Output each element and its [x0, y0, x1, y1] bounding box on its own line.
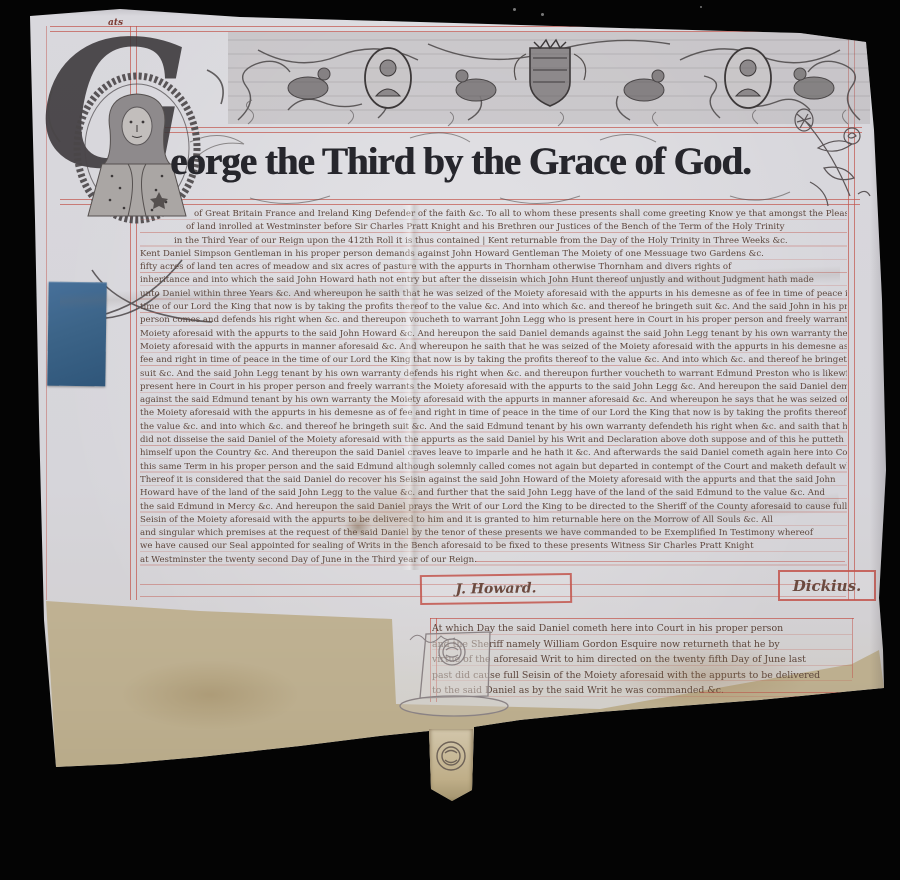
signature-box-dickius: Dickius. — [778, 570, 876, 601]
body-text: of Great Britain France and Ireland King… — [140, 208, 847, 568]
signature-dickius: Dickius. — [793, 577, 862, 595]
dust-speck — [541, 13, 544, 16]
text-line: this same Term in his proper person and … — [140, 461, 847, 474]
dust-speck — [513, 8, 516, 11]
signature-box-howard: J. Howard. — [420, 573, 572, 605]
rose-sprig-doodle — [788, 104, 874, 216]
text-line: unto Daniel within three Years &c. And w… — [140, 288, 847, 301]
text-line: Seisin of the Moiety aforesaid with the … — [140, 514, 847, 527]
text-line: person comes and defends his right when … — [140, 314, 847, 327]
text-line: the said Edmund in Mercy &c. And hereupo… — [140, 501, 847, 514]
text-line: time of our Lord the King that now is by… — [140, 301, 847, 314]
text-line: of Great Britain France and Ireland King… — [140, 208, 847, 221]
text-line: we have caused our Seal appointed for se… — [140, 540, 847, 553]
text-line: did not disseise the said Daniel of the … — [140, 434, 847, 447]
engraved-headpiece — [228, 30, 870, 128]
text-line: Moiety aforesaid with the appurts to the… — [140, 328, 847, 341]
text-line: himself upon the Country &c. And thereup… — [140, 447, 847, 460]
signature-howard: J. Howard. — [455, 580, 536, 597]
seal-pedestal-doodle — [392, 626, 524, 722]
text-line: fee and right in time of peace in the ti… — [140, 354, 847, 367]
text-line: the value &c. and into which &c. and the… — [140, 421, 847, 434]
margin-note: ats — [108, 18, 123, 28]
text-line: fifty acres of land ten acres of meadow … — [140, 261, 847, 274]
cartouche-bust-left — [365, 48, 411, 108]
cartouche-bust-right — [725, 48, 771, 108]
text-line: Kent Daniel Simpson Gentleman in his pro… — [140, 248, 847, 261]
text-line: Thereof it is considered that the said D… — [140, 474, 847, 487]
ruling-line — [430, 618, 854, 619]
end-flourish-rule — [700, 692, 850, 693]
text-line: of land inrolled at Westminster before S… — [140, 221, 847, 234]
text-line: present here in Court in his proper pers… — [140, 381, 847, 394]
text-line: Moiety aforesaid with the appurts in man… — [140, 341, 847, 354]
blue-tape-patch — [47, 282, 106, 387]
text-line: in the Third Year of our Reign upon the … — [140, 235, 847, 248]
photo-of-document: G — [0, 0, 900, 880]
text-line: the Moiety aforesaid with the appurts in… — [140, 407, 847, 420]
dust-speck — [700, 6, 702, 8]
text-line: and singular which premises at the reque… — [140, 527, 847, 540]
text-line: Howard have of the land of the said John… — [140, 487, 847, 500]
document-title: eorge the Third by the Grace of God. — [170, 139, 810, 199]
text-line: against the said Edmund tenant by his ow… — [140, 394, 847, 407]
parchment-sheet: G — [0, 0, 900, 880]
tag-seal-stamp-icon — [430, 736, 472, 780]
text-line: inheritance and into which the said John… — [140, 274, 847, 287]
text-line: at Westminster the twenty second Day of … — [140, 554, 847, 567]
text-line: suit &c. And the said John Legg tenant b… — [140, 368, 847, 381]
ruling-line — [852, 618, 853, 678]
